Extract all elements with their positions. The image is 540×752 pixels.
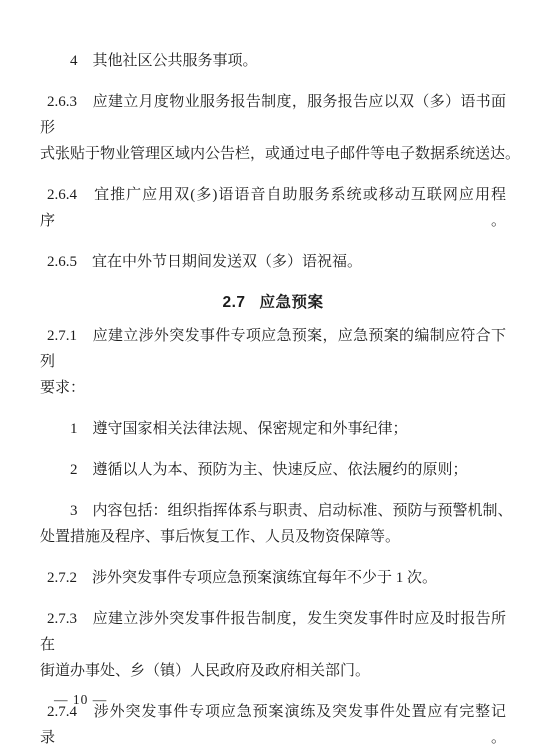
clause-2-7-2: 2.7.2 涉外突发事件专项应急预案演练宜每年不少于 1 次。 (40, 565, 506, 591)
clause-2-7-1-line-1: 2.7.1 应建立涉外突发事件专项应急预案，应急预案的编制应符合下列 (40, 323, 506, 375)
list-item-3-line-2: 处置措施及程序、事后恢复工作、人员及物资保障等。 (40, 524, 506, 550)
clause-2-7-1-line-2: 要求： (40, 375, 506, 401)
clause-2-7-3-line-2: 街道办事处、乡（镇）人民政府及政府相关部门。 (40, 658, 506, 684)
clause-2-6-5: 2.6.5 宜在中外节日期间发送双（多）语祝福。 (40, 249, 506, 275)
document-page: 4 其他社区公共服务事项。 2.6.3 应建立月度物业服务报告制度，服务报告应以… (0, 0, 540, 751)
list-item-1: 1 遵守国家相关法律法规、保密规定和外事纪律； (40, 416, 506, 442)
clause-2-6-3-line-2: 式张贴于物业管理区域内公告栏，或通过电子邮件等电子数据系统送达。 (40, 141, 506, 167)
list-item-4: 4 其他社区公共服务事项。 (40, 48, 506, 74)
list-item-3-line-1: 3 内容包括：组织指挥体系与职责、启动标准、预防与预警机制、 (40, 498, 506, 524)
section-heading-number: 2.7 (222, 294, 245, 311)
list-item-2: 2 遵循以人为本、预防为主、快速反应、依法履约的原则； (40, 457, 506, 483)
clause-2-7-4: 2.7.4 涉外突发事件专项应急预案演练及突发事件处置应有完整记录。 (40, 699, 506, 751)
section-heading-title: 应急预案 (260, 294, 324, 311)
clause-2-7-3-line-1: 2.7.3 应建立涉外突发事件报告制度，发生突发事件时应及时报告所在 (40, 606, 506, 658)
clause-2-6-3-line-1: 2.6.3 应建立月度物业服务报告制度，服务报告应以双（多）语书面形 (40, 89, 506, 141)
page-number: — 10 — (54, 690, 107, 710)
clause-2-6-4: 2.6.4 宜推广应用双(多)语语音自助服务系统或移动互联网应用程序。 (40, 182, 506, 234)
section-heading-2-7: 2.7应急预案 (40, 290, 506, 316)
